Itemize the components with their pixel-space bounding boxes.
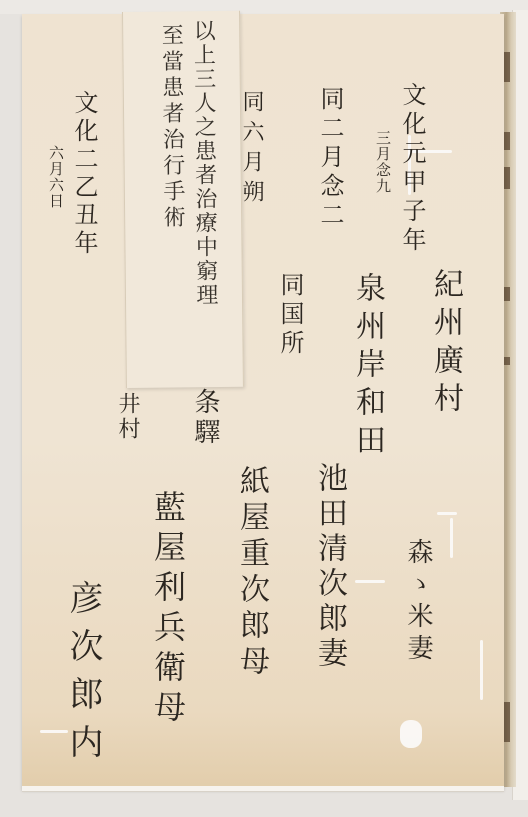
place-kishu-hiromura: 紀州廣村 <box>430 268 460 420</box>
date-same-jun: 同六月朔 <box>240 90 262 210</box>
place-same-province: 同国所 <box>278 272 302 359</box>
worm-damage <box>400 720 422 748</box>
slip-line-1: 以上三人之患者治療中窮理 <box>191 19 216 307</box>
name-5: 彦次郎内 <box>66 580 100 772</box>
name-3: 紙屋重次郎母 <box>236 465 266 681</box>
pasted-note-slip: 以上三人之患者治療中窮理 至當患者治行手術 <box>122 11 244 388</box>
worm-damage <box>480 640 483 700</box>
name-1: 森ゝ米妻 <box>405 538 431 666</box>
date-bunka-1: 文化元甲子年 <box>400 82 424 256</box>
date-bunka-2: 文化二乙丑年 <box>72 90 96 258</box>
worm-damage <box>450 518 453 558</box>
place-village: 井村 <box>116 392 138 442</box>
date-bunka-2-sub: 六月六日 <box>48 145 63 209</box>
date-same-feb: 同二月念二 <box>318 86 342 231</box>
name-2: 池田清次郎妻 <box>314 462 344 672</box>
backdrop <box>0 0 528 14</box>
worm-damage <box>355 580 385 583</box>
page-bottom-edge <box>22 786 504 792</box>
place-senshu-kishiwada: 泉州岸和田 <box>352 272 382 462</box>
name-4: 藍屋利兵衛母 <box>152 490 184 730</box>
date-bunka-1-sub: 三月念九 <box>375 130 390 194</box>
slip-line-2: 至當患者治行手術 <box>159 23 183 231</box>
worm-damage <box>437 512 457 515</box>
